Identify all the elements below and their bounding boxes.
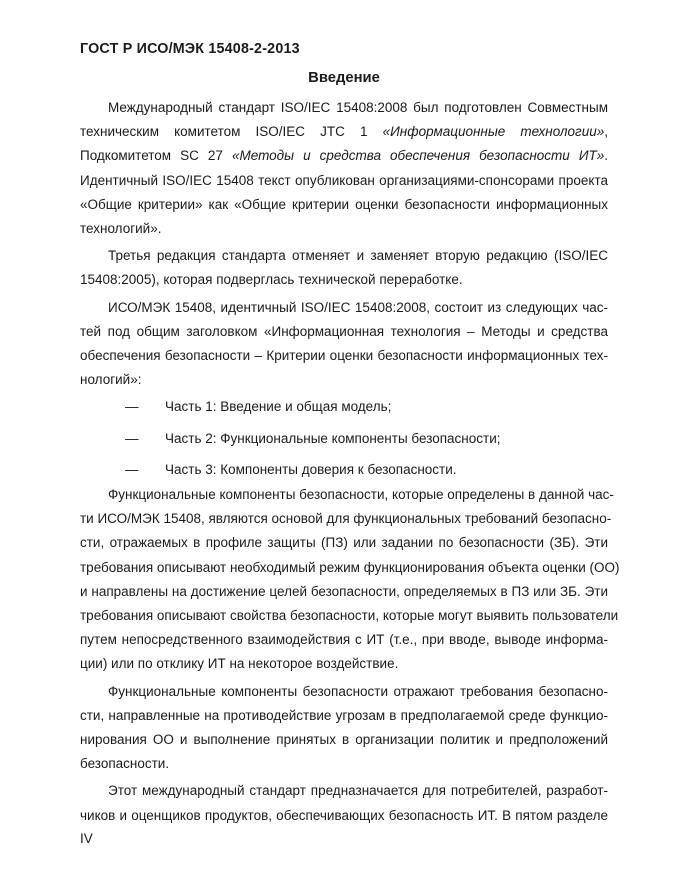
paragraph-line: «Общие критерии» как «Общие критерии оце… — [80, 193, 608, 217]
paragraph-line: Этот международный стандарт предназначае… — [80, 779, 608, 803]
paragraph-line: чиков и оценщиков продуктов, обеспечиваю… — [80, 804, 608, 828]
text-run: , — [604, 124, 608, 139]
text-run: Международный стандарт ISO/IEC 15408:200… — [108, 100, 608, 115]
text-run: и направлены на достижение целей безопас… — [80, 584, 608, 599]
paragraph-line: ИСО/МЭК 15408, идентичный ISO/IEC 15408:… — [80, 296, 608, 320]
paragraph-line: тей под общим заголовком «Информационная… — [80, 320, 608, 344]
text-run: Этот международный стандарт предназначае… — [108, 783, 608, 798]
text-run: . — [604, 148, 608, 163]
text-run: Третья редакция стандарта отменяет и зам… — [108, 248, 608, 263]
paragraph-line: и направлены на достижение целей безопас… — [80, 580, 608, 604]
text-run: нирования ОО и выполнение принятых в орг… — [80, 732, 608, 747]
text-run: «Общие критерии» как «Общие критерии оце… — [80, 197, 608, 212]
paragraph-line: нологий»: — [80, 368, 608, 392]
paragraph: ИСО/МЭК 15408, идентичный ISO/IEC 15408:… — [80, 296, 608, 393]
paragraph-line: требования описывают необходимый режим ф… — [80, 556, 608, 580]
paragraph-line: Третья редакция стандарта отменяет и зам… — [80, 244, 608, 268]
paragraph-line: Функциональные компоненты безопасности, … — [80, 483, 608, 507]
paragraph-line: нирования ОО и выполнение принятых в орг… — [80, 728, 608, 752]
paragraph-line: Подкомитетом SC 27 «Методы и средства об… — [80, 144, 608, 168]
list-dash-marker: — — [125, 395, 165, 419]
paragraph-line: 15408:2005), которая подверглась техниче… — [80, 268, 608, 292]
paragraph: Международный стандарт ISO/IEC 15408:200… — [80, 96, 608, 241]
list-item-text: Часть 1: Введение и общая модель; — [165, 399, 391, 414]
doc-header: ГОСТ Р ИСО/МЭК 15408-2-2013 — [80, 41, 300, 57]
body-text: Международный стандарт ISO/IEC 15408:200… — [80, 96, 608, 831]
list-dash-marker: — — [125, 458, 165, 482]
text-run: ти ИСО/МЭК 15408, являются основой для ф… — [80, 511, 611, 526]
paragraph-line: сти, отражаемых в профиле защиты (ПЗ) ил… — [80, 531, 608, 555]
paragraph-line: требования описывают свойства безопаснос… — [80, 604, 608, 628]
paragraph-line: путем непосредственного взаимодействия с… — [80, 628, 608, 652]
text-run: нологий»: — [80, 372, 141, 387]
document-page: ГОСТ Р ИСО/МЭК 15408-2-2013 Введение Меж… — [0, 0, 680, 880]
paragraph-line: Функциональные компоненты безопасности о… — [80, 680, 608, 704]
paragraph-line: Международный стандарт ISO/IEC 15408:200… — [80, 96, 608, 120]
list-item: —Часть 1: Введение и общая модель; — [80, 395, 608, 419]
page-number: IV — [80, 831, 93, 846]
text-run: Идентичный ISO/IEC 15408 текст опубликов… — [80, 173, 608, 188]
text-run: Функциональные компоненты безопасности, … — [108, 487, 614, 502]
list-item: —Часть 2: Функциональные компоненты безо… — [80, 427, 608, 451]
text-run: Функциональные компоненты безопасности о… — [108, 684, 608, 699]
text-run: ции) или по отклику ИТ на некоторое возд… — [80, 656, 398, 671]
text-run: безопасности. — [80, 756, 169, 771]
italic-text-run: «Информационные технологии» — [383, 124, 605, 139]
paragraph-line: Идентичный ISO/IEC 15408 текст опубликов… — [80, 169, 608, 193]
parts-list: —Часть 1: Введение и общая модель;—Часть… — [80, 395, 608, 482]
paragraph-line: технологий». — [80, 217, 608, 241]
paragraph-line: обеспечения безопасности – Критерии оцен… — [80, 344, 608, 368]
text-run: тей под общим заголовком «Информационная… — [80, 324, 608, 339]
paragraph-line: безопасности. — [80, 752, 608, 776]
page-title: Введение — [80, 70, 608, 86]
paragraph: Этот международный стандарт предназначае… — [80, 779, 608, 827]
list-item: —Часть 3: Компоненты доверия к безопасно… — [80, 458, 608, 482]
paragraph-line: ции) или по отклику ИТ на некоторое возд… — [80, 652, 608, 676]
italic-text-run: «Методы и средства обеспечения безопасно… — [232, 148, 604, 163]
text-run: Подкомитетом SC 27 — [80, 148, 232, 163]
text-run: чиков и оценщиков продуктов, обеспечиваю… — [80, 808, 608, 823]
paragraph-line: техническим комитетом ISO/IEC JTC 1 «Инф… — [80, 120, 608, 144]
text-run: путем непосредственного взаимодействия с… — [80, 632, 608, 647]
list-dash-marker: — — [125, 427, 165, 451]
text-run: сти, отражаемых в профиле защиты (ПЗ) ил… — [80, 535, 608, 550]
text-run: техническим комитетом ISO/IEC JTC 1 — [80, 124, 383, 139]
list-item-text: Часть 3: Компоненты доверия к безопаснос… — [165, 462, 457, 477]
paragraph: Функциональные компоненты безопасности о… — [80, 680, 608, 777]
list-item-text: Часть 2: Функциональные компоненты безоп… — [165, 431, 501, 446]
paragraph: Третья редакция стандарта отменяет и зам… — [80, 244, 608, 292]
paragraph-line: сти, направленные на противодействие угр… — [80, 704, 608, 728]
text-run: требования описывают свойства безопаснос… — [80, 608, 618, 623]
text-run: 15408:2005), которая подверглась техниче… — [80, 272, 463, 287]
text-run: сти, направленные на противодействие угр… — [80, 708, 608, 723]
paragraph: Функциональные компоненты безопасности, … — [80, 483, 608, 677]
paragraph-line: ти ИСО/МЭК 15408, являются основой для ф… — [80, 507, 608, 531]
text-run: обеспечения безопасности – Критерии оцен… — [80, 348, 608, 363]
text-run: ИСО/МЭК 15408, идентичный ISO/IEC 15408:… — [108, 300, 608, 315]
text-run: требования описывают необходимый режим ф… — [80, 560, 619, 575]
text-run: технологий». — [80, 221, 161, 236]
